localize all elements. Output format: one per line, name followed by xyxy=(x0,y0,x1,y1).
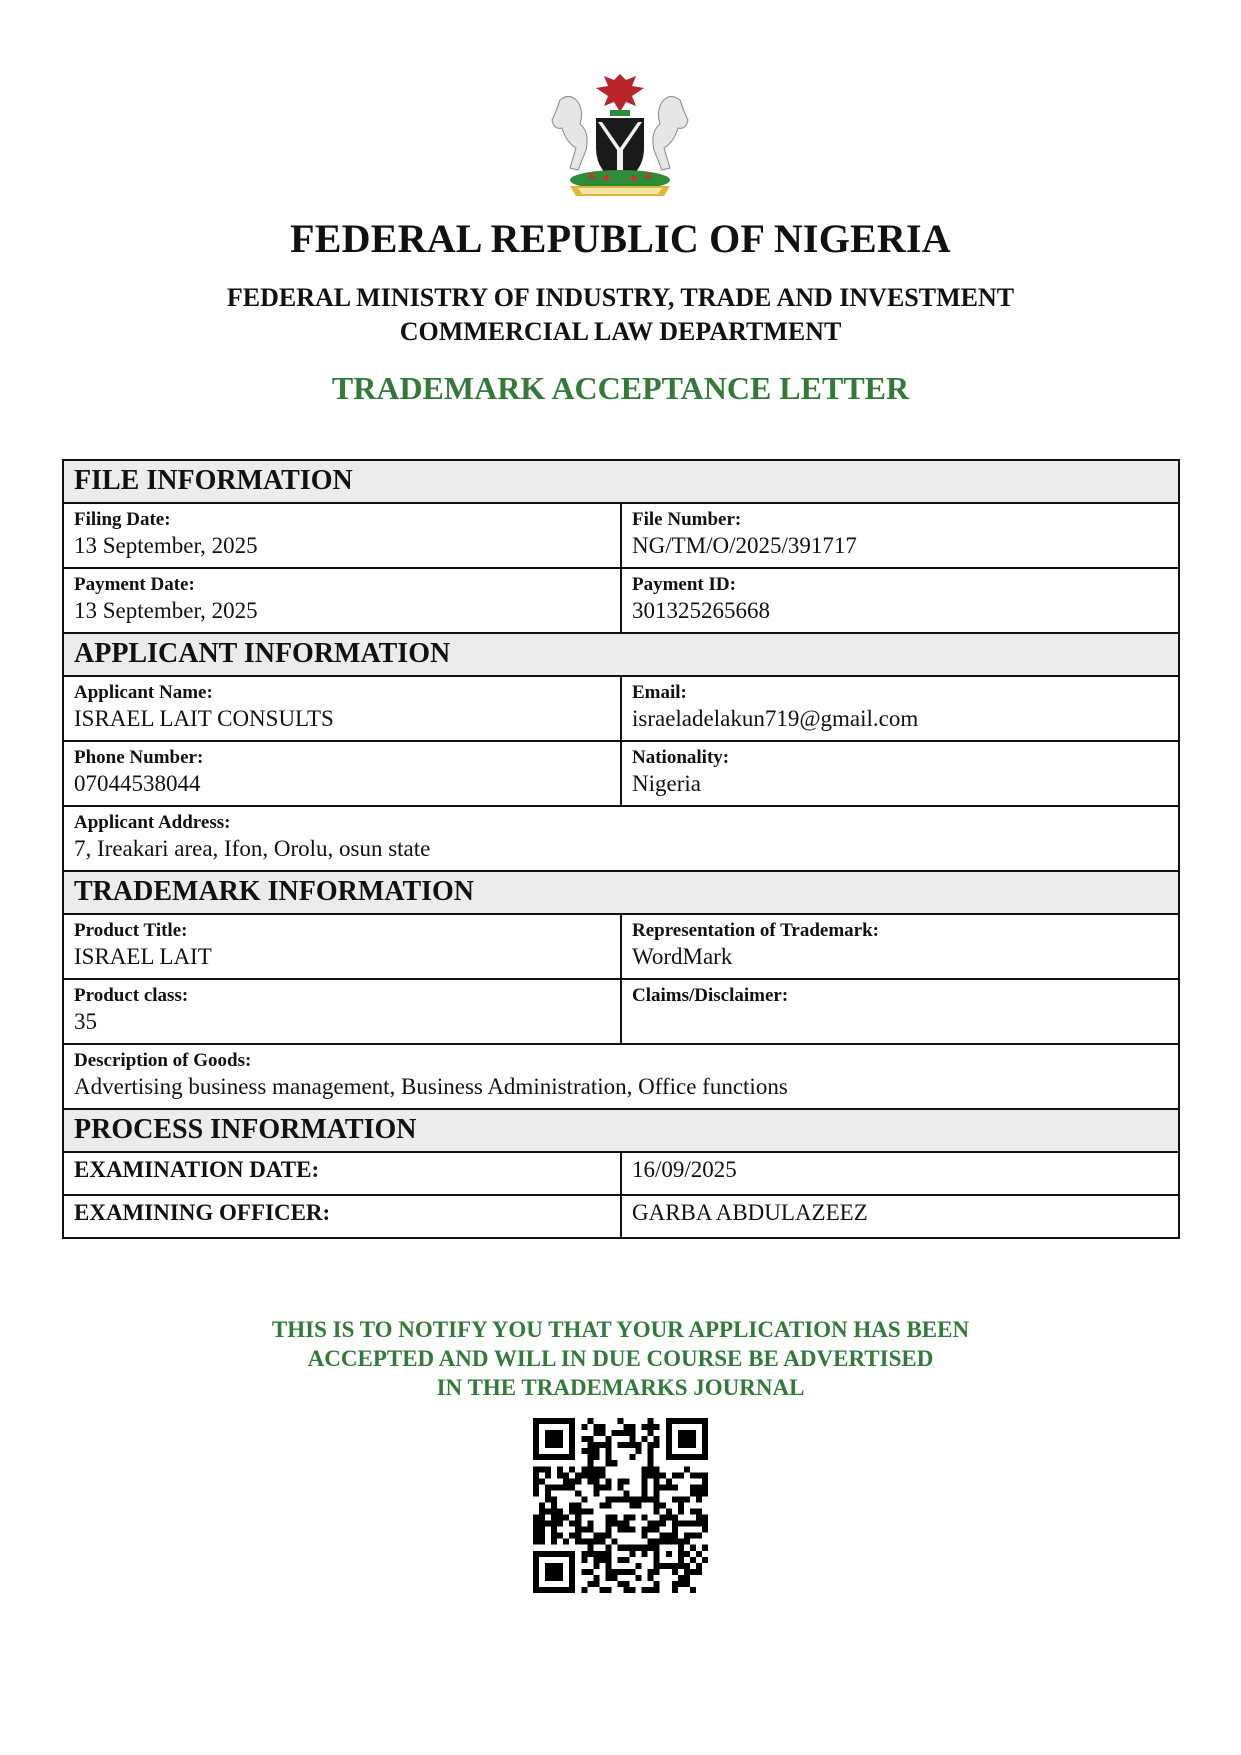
qr-code-icon xyxy=(533,1418,708,1593)
phone-number-cell: Phone Number: 07044538044 xyxy=(63,741,621,806)
table-row: EXAMINATION DATE: 16/09/2025 xyxy=(63,1152,1179,1195)
product-class-value: 35 xyxy=(74,1008,610,1036)
information-table: FILE INFORMATION Filing Date: 13 Septemb… xyxy=(62,459,1180,1239)
table-row: Applicant Address: 7, Ireakari area, Ifo… xyxy=(63,806,1179,871)
field-label: Applicant Address: xyxy=(74,811,1168,835)
email-value: israeladelakun719@gmail.com xyxy=(632,705,1168,733)
field-label: Payment Date: xyxy=(74,573,610,597)
field-label: Nationality: xyxy=(632,746,1168,770)
payment-id-cell: Payment ID: 301325265668 xyxy=(621,568,1179,633)
applicant-address-cell: Applicant Address: 7, Ireakari area, Ifo… xyxy=(63,806,1179,871)
phone-number-value: 07044538044 xyxy=(74,770,610,798)
section-title: TRADEMARK INFORMATION xyxy=(63,871,1179,914)
payment-date-value: 13 September, 2025 xyxy=(74,597,610,625)
section-title: PROCESS INFORMATION xyxy=(63,1109,1179,1152)
table-row: Product Title: ISRAEL LAIT Representatio… xyxy=(63,914,1179,979)
field-label: Phone Number: xyxy=(74,746,610,770)
field-label: Applicant Name: xyxy=(74,681,610,705)
field-label: Representation of Trademark: xyxy=(632,919,1168,943)
nationality-value: Nigeria xyxy=(632,770,1168,798)
examination-date-value: 16/09/2025 xyxy=(621,1152,1179,1195)
acceptance-notice: THIS IS TO NOTIFY YOU THAT YOUR APPLICAT… xyxy=(0,1315,1241,1402)
representation-value: WordMark xyxy=(632,943,1168,971)
nationality-cell: Nationality: Nigeria xyxy=(621,741,1179,806)
notice-line: THIS IS TO NOTIFY YOU THAT YOUR APPLICAT… xyxy=(0,1315,1241,1344)
field-label: File Number: xyxy=(632,508,1168,532)
email-cell: Email: israeladelakun719@gmail.com xyxy=(621,676,1179,741)
section-title: APPLICANT INFORMATION xyxy=(63,633,1179,676)
table-row: Phone Number: 07044538044 Nationality: N… xyxy=(63,741,1179,806)
file-number-cell: File Number: NG/TM/O/2025/391717 xyxy=(621,503,1179,568)
examining-officer-value: GARBA ABDULAZEEZ xyxy=(621,1195,1179,1238)
field-label: Payment ID: xyxy=(632,573,1168,597)
department-heading: COMMERCIAL LAW DEPARTMENT xyxy=(0,317,1241,347)
payment-id-value: 301325265668 xyxy=(632,597,1168,625)
product-class-cell: Product class: 35 xyxy=(63,979,621,1044)
field-label: Product class: xyxy=(74,984,610,1008)
document-title: TRADEMARK ACCEPTANCE LETTER xyxy=(0,370,1241,407)
section-header-process-information: PROCESS INFORMATION xyxy=(63,1109,1179,1152)
filing-date-value: 13 September, 2025 xyxy=(74,532,610,560)
notice-line: IN THE TRADEMARKS JOURNAL xyxy=(0,1373,1241,1402)
section-header-trademark-information: TRADEMARK INFORMATION xyxy=(63,871,1179,914)
examining-officer-label: EXAMINING OFFICER: xyxy=(63,1195,621,1238)
table-row: Description of Goods: Advertising busine… xyxy=(63,1044,1179,1109)
field-label: Filing Date: xyxy=(74,508,610,532)
field-label: Claims/Disclaimer: xyxy=(632,984,1168,1008)
file-number-value: NG/TM/O/2025/391717 xyxy=(632,532,1168,560)
claims-disclaimer-cell: Claims/Disclaimer: xyxy=(621,979,1179,1044)
filing-date-cell: Filing Date: 13 September, 2025 xyxy=(63,503,621,568)
payment-date-cell: Payment Date: 13 September, 2025 xyxy=(63,568,621,633)
product-title-value: ISRAEL LAIT xyxy=(74,943,610,971)
applicant-name-cell: Applicant Name: ISRAEL LAIT CONSULTS xyxy=(63,676,621,741)
section-title: FILE INFORMATION xyxy=(63,460,1179,503)
notice-line: ACCEPTED AND WILL IN DUE COURSE BE ADVER… xyxy=(0,1344,1241,1373)
field-label: Product Title: xyxy=(74,919,610,943)
coat-of-arms-icon xyxy=(540,70,700,202)
table-row: Payment Date: 13 September, 2025 Payment… xyxy=(63,568,1179,633)
description-of-goods-value: Advertising business management, Busines… xyxy=(74,1073,1168,1101)
table-row: Product class: 35 Claims/Disclaimer: xyxy=(63,979,1179,1044)
table-row: Filing Date: 13 September, 2025 File Num… xyxy=(63,503,1179,568)
applicant-address-value: 7, Ireakari area, Ifon, Orolu, osun stat… xyxy=(74,835,1168,863)
section-header-file-information: FILE INFORMATION xyxy=(63,460,1179,503)
examination-date-label: EXAMINATION DATE: xyxy=(63,1152,621,1195)
ministry-heading: FEDERAL MINISTRY OF INDUSTRY, TRADE AND … xyxy=(0,283,1241,313)
description-of-goods-cell: Description of Goods: Advertising busine… xyxy=(63,1044,1179,1109)
product-title-cell: Product Title: ISRAEL LAIT xyxy=(63,914,621,979)
representation-cell: Representation of Trademark: WordMark xyxy=(621,914,1179,979)
applicant-name-value: ISRAEL LAIT CONSULTS xyxy=(74,705,610,733)
section-header-applicant-information: APPLICANT INFORMATION xyxy=(63,633,1179,676)
country-heading: FEDERAL REPUBLIC OF NIGERIA xyxy=(0,215,1241,262)
table-row: Applicant Name: ISRAEL LAIT CONSULTS Ema… xyxy=(63,676,1179,741)
field-label: Email: xyxy=(632,681,1168,705)
field-label: Description of Goods: xyxy=(74,1049,1168,1073)
table-row: EXAMINING OFFICER: GARBA ABDULAZEEZ xyxy=(63,1195,1179,1238)
